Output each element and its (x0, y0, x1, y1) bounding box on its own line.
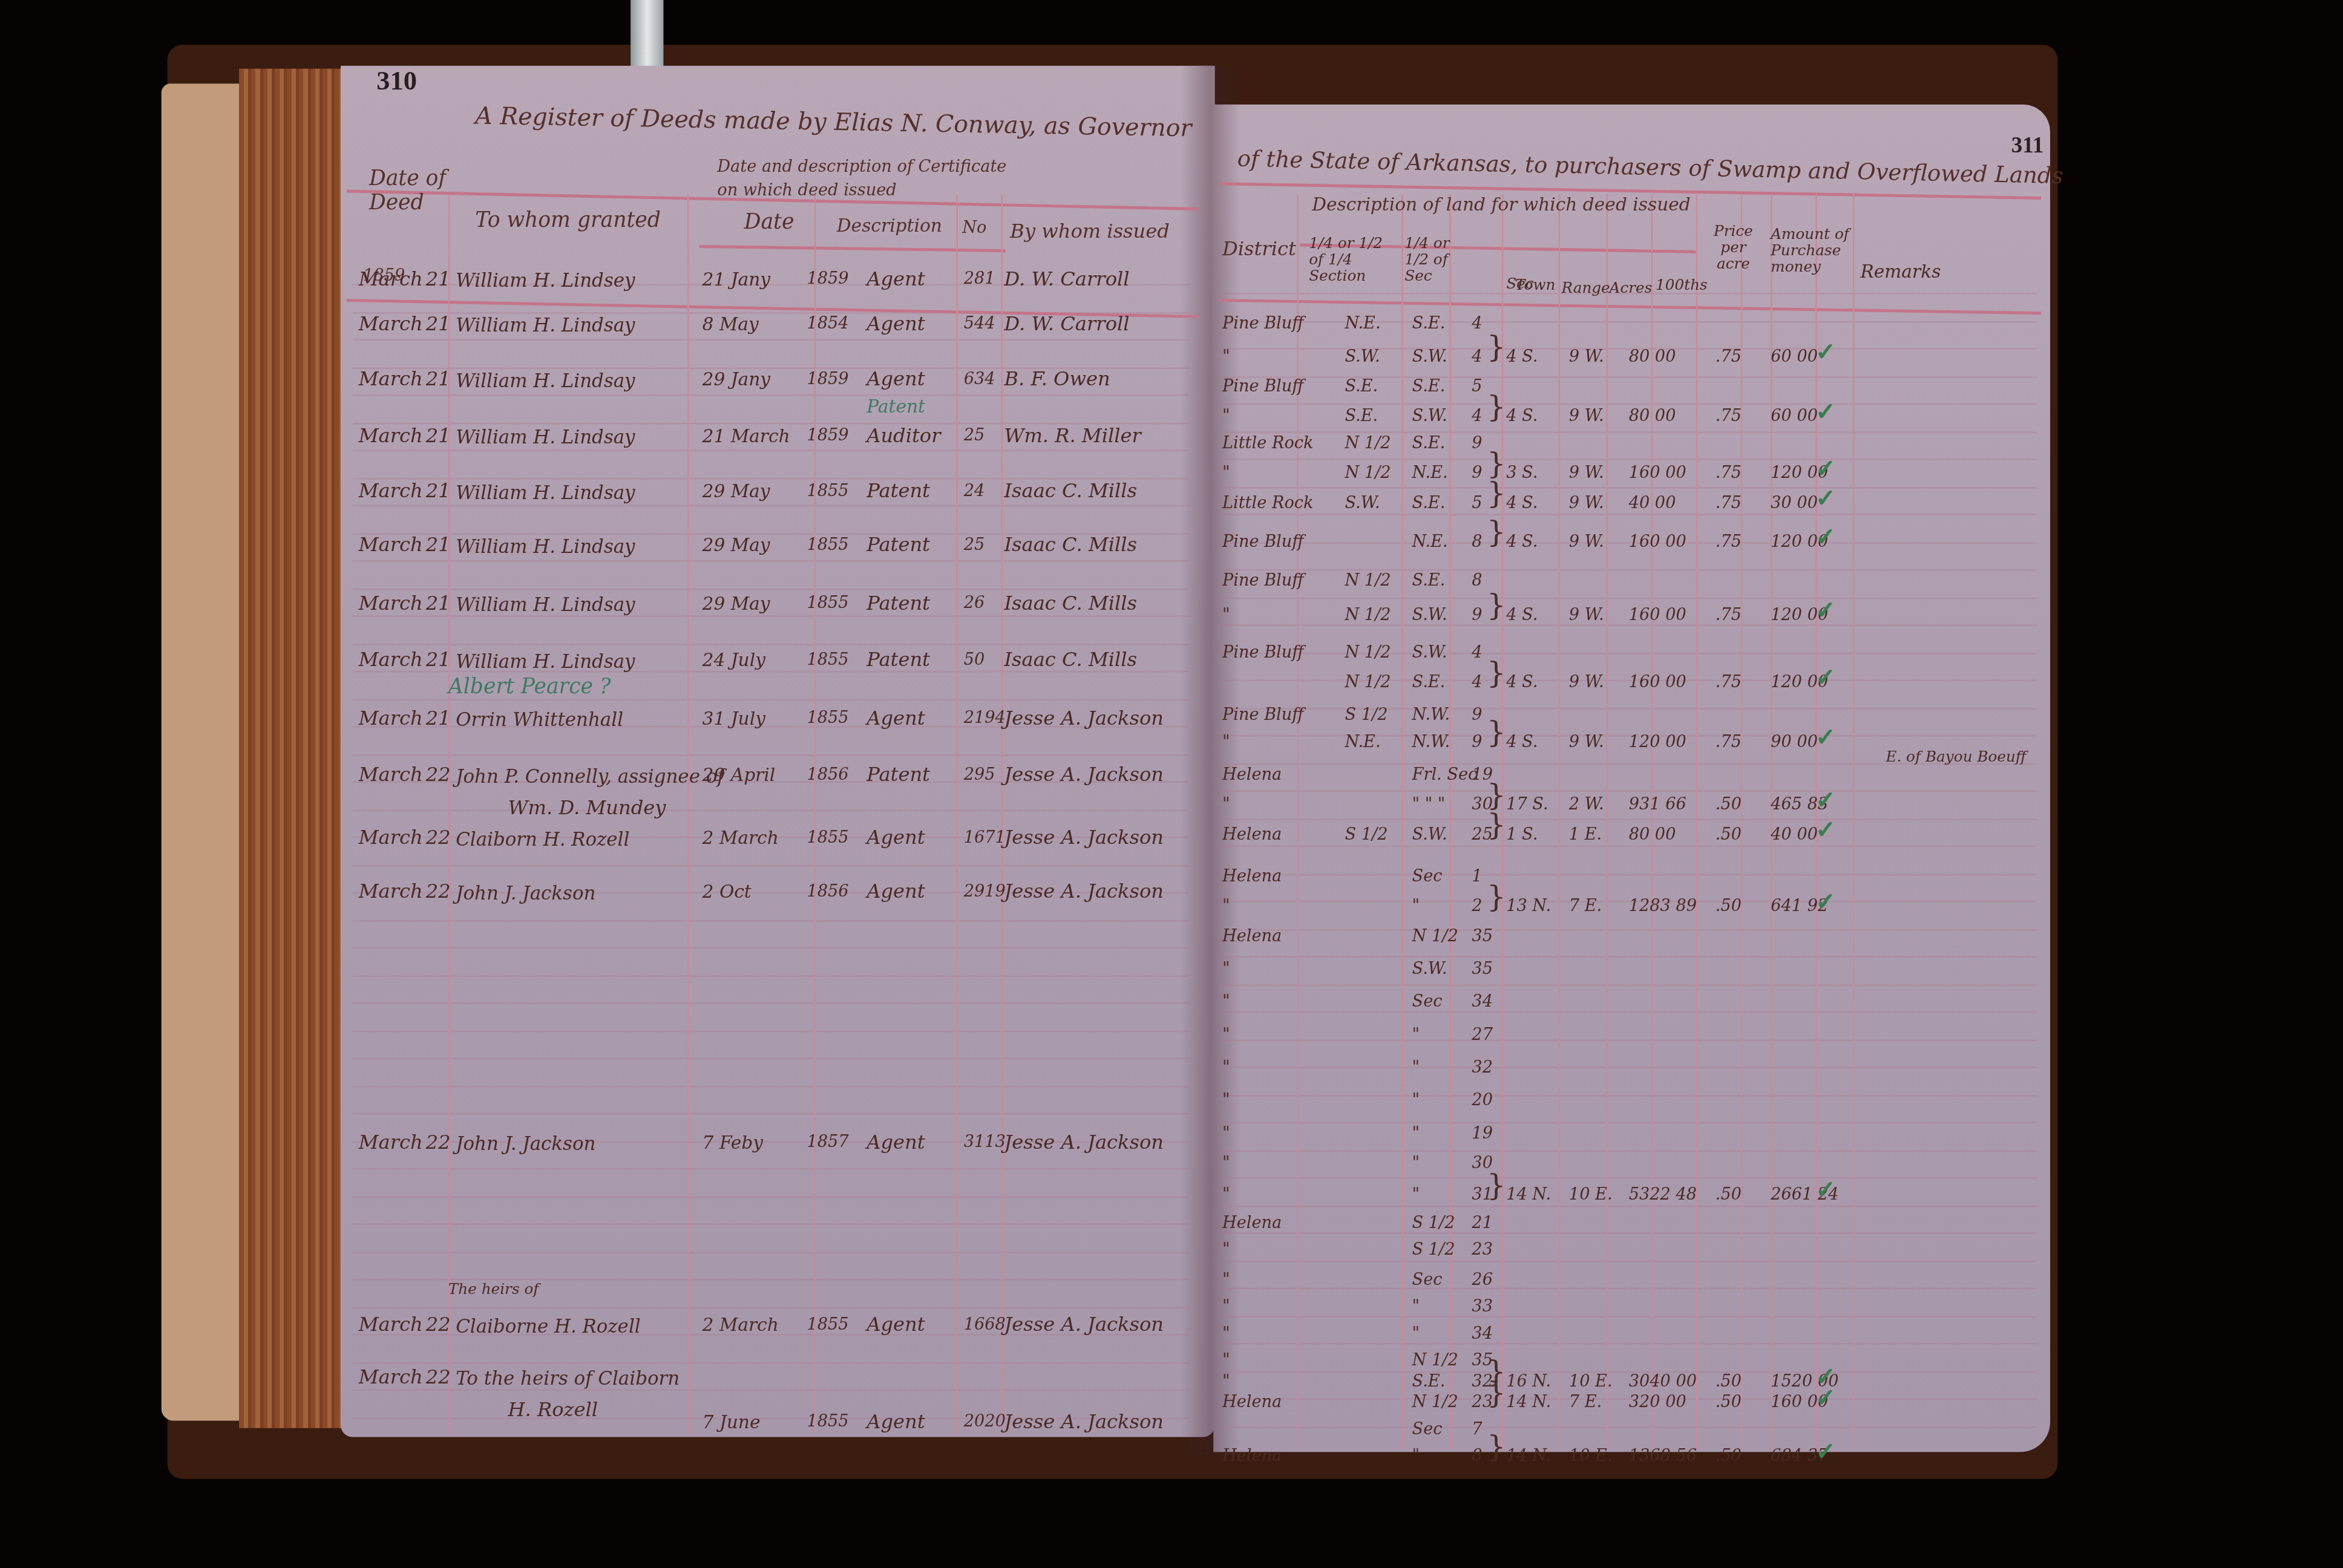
entry-day: 22 (426, 1315, 451, 1337)
entry-month: March (359, 708, 423, 730)
header-quarter-section: 1/4 or 1/2 of 1/4 Section (1309, 236, 1398, 285)
entry-quarter-sec: S.E. (1412, 570, 1446, 590)
entry-day: 21 (426, 269, 451, 291)
entry-town: 4 S. (1506, 493, 1538, 512)
entry-district: " (1222, 1324, 1230, 1343)
checkmark-icon: ✓ (1815, 454, 1835, 483)
entry-price: .50 (1715, 825, 1742, 844)
entry-day: 21 (426, 426, 451, 448)
entry-sec: 27 (1472, 1025, 1493, 1044)
row-rule (353, 920, 1190, 921)
entry-day: 21 (426, 369, 451, 391)
row-rule (1222, 486, 2037, 488)
row-rule (353, 560, 1190, 561)
entry-description: Agent (867, 314, 925, 336)
row-rule (353, 864, 1190, 866)
entry-month: March (359, 535, 423, 557)
row-rule (1222, 1288, 2037, 1289)
entry-sec: 8 (1472, 570, 1482, 590)
entry-day: 21 (426, 650, 451, 672)
checkmark-icon: ✓ (1815, 723, 1835, 751)
row-rule (1222, 1149, 2037, 1151)
entry-description: Agent (867, 828, 925, 850)
entry-day: 22 (426, 1132, 451, 1155)
entry-sec: 7 (1472, 1419, 1482, 1439)
row-rule (353, 505, 1190, 506)
entry-district: " (1222, 897, 1230, 916)
entry-month: March (359, 426, 423, 448)
row-rule (1222, 818, 2037, 819)
entry-acres: 80 00 (1629, 407, 1676, 426)
entry-quarter: S 1/2 (1345, 825, 1388, 844)
entry-town: 14 N. (1506, 1392, 1551, 1411)
entry-amount: 60 00 (1771, 407, 1818, 426)
entry-description: Patent (867, 765, 930, 787)
entry-town: 16 N. (1506, 1371, 1551, 1391)
endpaper (162, 83, 239, 1420)
row-rule (353, 809, 1190, 810)
entry-district: " (1222, 1350, 1230, 1370)
entry-cert-year: 1859 (807, 369, 848, 388)
entry-cert-no: 634 (964, 369, 995, 388)
entry-day: 22 (426, 1367, 451, 1390)
entry-quarter-sec: S.W. (1412, 642, 1447, 662)
entry-description: Auditor (867, 426, 940, 448)
entry-description: Agent (867, 1412, 925, 1434)
entry-grantee: Claiborn H. Rozell (456, 828, 629, 850)
entry-issued-by: D. W. Carroll (1004, 314, 1129, 336)
entry-range: 9 W. (1569, 532, 1604, 551)
entry-quarter-sec: " (1412, 1123, 1420, 1143)
entry-town: 4 S. (1506, 347, 1538, 366)
entry-district: " (1222, 992, 1230, 1011)
entry-description: Patent (867, 593, 930, 615)
entry-cert-year: 1855 (807, 1412, 848, 1431)
entry-grantee-cont: H. Rozell (508, 1400, 598, 1422)
entry-remarks: E. of Bayou Boeuff (1886, 750, 2026, 766)
entry-issued-by: Jesse A. Jackson (1004, 765, 1164, 787)
entry-cert-date: 24 July (703, 650, 765, 671)
entry-district: Helena (1222, 926, 1282, 946)
entry-description: Agent (867, 369, 925, 391)
entry-range: 9 W. (1569, 347, 1604, 366)
entry-acres: 160 00 (1629, 463, 1686, 483)
entry-day: 21 (426, 535, 451, 557)
row-rule (353, 1362, 1190, 1363)
entry-cert-date: 21 March (703, 426, 790, 447)
entry-quarter-sec: " (1412, 897, 1420, 916)
entry-grantee: William H. Lindsay (456, 593, 635, 615)
entry-quarter-sec: N.E. (1412, 463, 1448, 483)
entry-quarter-sec: " (1412, 1091, 1420, 1110)
grouping-brace-icon: } (1487, 475, 1506, 511)
entry-quarter: N 1/2 (1345, 605, 1391, 624)
entry-price: .50 (1715, 1446, 1742, 1465)
entry-cert-year: 1855 (807, 828, 848, 847)
entry-sec: 34 (1472, 1324, 1493, 1343)
column-rule (1651, 194, 1653, 1449)
entry-price: .75 (1715, 493, 1742, 512)
entry-sec: 4 (1472, 347, 1482, 366)
row-rule (353, 477, 1190, 479)
entry-grantee: To the heirs of Claiborn (456, 1367, 680, 1390)
entry-price: .75 (1715, 532, 1742, 551)
column-rule (1401, 194, 1403, 1449)
entry-month: March (359, 314, 423, 336)
entry-grantee: William H. Lindsay (456, 650, 635, 672)
row-rule (1222, 929, 2037, 930)
entry-price: .50 (1715, 1371, 1742, 1391)
row-rule (1222, 956, 2037, 957)
entry-cert-year: 1855 (807, 481, 848, 500)
entry-district: " (1222, 1091, 1230, 1110)
header-to-whom-granted: To whom granted (475, 209, 661, 234)
entry-district: " (1222, 605, 1230, 624)
entry-quarter-sec: " (1412, 1025, 1420, 1044)
entry-quarter-sec: Sec (1412, 992, 1443, 1011)
entry-cert-date: 8 May (703, 314, 759, 335)
row-rule (353, 1223, 1190, 1224)
entry-quarter-sec: S.E. (1412, 314, 1446, 333)
column-rule (956, 194, 957, 1434)
entry-acres: 1283 89 (1629, 897, 1697, 916)
grouping-brace-icon: } (1487, 514, 1506, 549)
row-rule (1222, 1177, 2037, 1178)
column-rule (1741, 194, 1742, 1449)
row-rule (353, 754, 1190, 755)
entry-cert-date: 7 June (703, 1412, 761, 1433)
row-rule (1222, 1426, 2037, 1427)
entry-quarter-sec: Sec (1412, 1270, 1443, 1289)
entry-grantee: John J. Jackson (456, 881, 595, 904)
entry-range: 1 E. (1569, 825, 1602, 844)
entry-day: 22 (426, 828, 451, 850)
entry-day: 21 (426, 593, 451, 615)
entry-quarter-sec: " (1412, 1324, 1420, 1343)
entry-district: Little Rock (1222, 493, 1313, 512)
row-rule (1222, 984, 2037, 985)
entry-sec: 5 (1472, 493, 1482, 512)
entry-month: March (359, 881, 423, 904)
entry-acres: 5322 48 (1629, 1184, 1697, 1204)
entry-district: " (1222, 1371, 1230, 1391)
entry-quarter-sec: " (1412, 1296, 1420, 1316)
entry-district: " (1222, 1296, 1230, 1316)
entry-amount: 60 00 (1771, 347, 1818, 366)
entry-month: March (359, 593, 423, 615)
column-rule (1853, 194, 1854, 1449)
entry-cert-no: 2919 (964, 881, 1006, 901)
entry-quarter-sec: " (1412, 1057, 1420, 1077)
row-rule (353, 339, 1190, 341)
entry-price: .75 (1715, 463, 1742, 483)
entry-district: " (1222, 463, 1230, 483)
row-rule (1222, 624, 2037, 626)
row-rule (1222, 1205, 2037, 1206)
entry-cert-no: 1671 (964, 828, 1006, 847)
grouping-brace-icon: } (1487, 655, 1506, 690)
entry-district: " (1222, 1240, 1230, 1259)
entry-district: Pine Bluff (1222, 532, 1304, 551)
entry-issued-by: Isaac C. Mills (1004, 650, 1137, 672)
entry-range: 9 W. (1569, 463, 1604, 483)
entry-district: Pine Bluff (1222, 376, 1304, 396)
entry-cert-date: 2 March (703, 1315, 779, 1336)
entry-month: March (359, 1132, 423, 1155)
row-rule (353, 1251, 1190, 1252)
entry-cert-year: 1855 (807, 1315, 848, 1334)
entry-quarter-sec: N.E. (1412, 532, 1448, 551)
entry-cert-no: 3113 (964, 1132, 1006, 1152)
row-rule (353, 1390, 1190, 1391)
checkmark-icon: ✓ (1815, 663, 1835, 691)
row-rule (353, 394, 1190, 396)
entry-quarter-sec: " (1412, 1446, 1420, 1465)
grouping-brace-icon: } (1487, 1428, 1506, 1464)
entry-quarter-sec: S.E. (1412, 433, 1446, 452)
header-quarter-of-sec: 1/4 or 1/2 of Sec (1404, 236, 1452, 285)
entry-quarter-sec: N.W. (1412, 732, 1450, 751)
entry-day: 22 (426, 881, 451, 904)
entry-cert-date: 29 May (703, 535, 770, 556)
row-rule (1222, 1122, 2037, 1123)
entry-range: 9 W. (1569, 407, 1604, 426)
page-number-right: 311 (2011, 134, 2044, 160)
entry-issued-by: Jesse A. Jackson (1004, 1315, 1164, 1337)
entry-grantee-prefix: The heirs of (448, 1282, 539, 1298)
entry-cert-year: 1856 (807, 765, 848, 784)
checkmark-icon: ✓ (1815, 815, 1835, 844)
entry-quarter: N 1/2 (1345, 570, 1391, 590)
entry-sec: 21 (1472, 1213, 1493, 1232)
header-description: Description (837, 215, 942, 237)
entry-district: Helena (1222, 866, 1282, 886)
entry-quarter: S.E. (1345, 407, 1378, 426)
row-rule (1222, 790, 2037, 791)
entry-district: Pine Bluff (1222, 642, 1304, 662)
entry-price: .50 (1715, 1392, 1742, 1411)
checkmark-icon: ✓ (1815, 887, 1835, 916)
entry-description: Patent (867, 535, 930, 557)
row-rule (353, 588, 1190, 589)
row-rule (353, 422, 1190, 423)
entry-quarter: S 1/2 (1345, 705, 1388, 725)
entry-issued-by: Isaac C. Mills (1004, 481, 1137, 503)
entry-district: Helena (1222, 1213, 1282, 1232)
header-price: Price per acre (1703, 224, 1763, 273)
entry-issued-by: D. W. Carroll (1004, 269, 1129, 291)
entry-sec: 1 (1472, 866, 1482, 886)
entry-quarter-sec: " (1412, 1153, 1420, 1172)
entry-price: .50 (1715, 1184, 1742, 1204)
row-rule (1222, 431, 2037, 432)
row-rule (1222, 1067, 2037, 1068)
header-range: Range (1562, 281, 1610, 297)
entry-district: " (1222, 1184, 1230, 1204)
entry-sec: 4 (1472, 672, 1482, 691)
entry-district: Helena (1222, 1446, 1282, 1465)
entry-grantee: Claiborne H. Rozell (456, 1315, 640, 1337)
entry-cert-date: 29 Jany (703, 369, 771, 390)
entry-district: Pine Bluff (1222, 314, 1304, 333)
column-rule (1771, 194, 1772, 1449)
entry-cert-year: 1855 (807, 708, 848, 727)
entry-sec: 9 (1472, 605, 1482, 624)
header-date: Date (744, 211, 795, 235)
entry-sec: 4 (1472, 407, 1482, 426)
entry-cert-no: 25 (964, 426, 985, 445)
entry-day: 22 (426, 765, 451, 787)
grouping-brace-icon: } (1487, 587, 1506, 622)
entry-district: Helena (1222, 1392, 1282, 1411)
entry-day: 21 (426, 481, 451, 503)
entry-description: Patent (867, 650, 930, 672)
entry-cert-no: 50 (964, 650, 985, 669)
entry-cert-year: 1856 (807, 881, 848, 901)
entry-sec: 8 (1472, 1446, 1482, 1465)
entry-cert-no: 544 (964, 314, 995, 333)
entry-sec: 9 (1472, 732, 1482, 751)
entry-acres: 160 00 (1629, 532, 1686, 551)
entry-issued-by: B. F. Owen (1004, 369, 1110, 391)
column-rule (1559, 194, 1560, 1449)
header-certificate: Date and description of Certificate on w… (717, 155, 1016, 203)
entry-sec: 33 (1472, 1296, 1493, 1316)
entry-sec: 4 (1472, 642, 1482, 662)
entry-range: 10 E. (1569, 1446, 1613, 1465)
entry-grantee: William H. Lindsey (456, 269, 635, 291)
entry-range: 10 E. (1569, 1371, 1613, 1391)
entry-quarter-sec: S 1/2 (1412, 1213, 1455, 1232)
entry-district: " (1222, 1270, 1230, 1289)
entry-amount: 90 00 (1771, 732, 1818, 751)
entry-range: 10 E. (1569, 1184, 1613, 1204)
row-rule (353, 1085, 1190, 1086)
column-rule (1449, 194, 1450, 1449)
row-rule (353, 1168, 1190, 1169)
entry-month: March (359, 1367, 423, 1390)
entry-issued-by: Jesse A. Jackson (1004, 708, 1164, 730)
checkmark-icon: ✓ (1815, 484, 1835, 512)
entry-district: " (1222, 732, 1230, 751)
header-district: District (1222, 239, 1296, 261)
entry-cert-no: 281 (964, 269, 995, 288)
entry-range: 7 E. (1569, 897, 1602, 916)
entry-description: Agent (867, 881, 925, 904)
entry-town: 1 S. (1506, 825, 1538, 844)
grouping-brace-icon: } (1487, 878, 1506, 914)
entry-district: Helena (1222, 765, 1282, 784)
entry-district: Pine Bluff (1222, 570, 1304, 590)
entry-district: " (1222, 1057, 1230, 1077)
entry-grantee: William H. Lindsay (456, 369, 635, 391)
row-rule (353, 1030, 1190, 1031)
row-rule (353, 1113, 1190, 1114)
entry-issued-by: Jesse A. Jackson (1004, 1412, 1164, 1434)
entry-price: .75 (1715, 672, 1742, 691)
entry-grantee-cont: Wm. D. Mundey (508, 798, 666, 820)
entry-quarter-sec: N 1/2 (1412, 926, 1458, 946)
entry-description: Agent (867, 1315, 925, 1337)
entry-cert-no: 1668 (964, 1315, 1006, 1334)
entry-day: 21 (426, 314, 451, 336)
entry-sec: 19 (1472, 1123, 1493, 1143)
entry-acres: 931 66 (1629, 795, 1686, 814)
entry-cert-no: 26 (964, 593, 985, 612)
entry-quarter: S.W. (1345, 347, 1380, 366)
entry-sec: 8 (1472, 532, 1482, 551)
entry-range: 9 W. (1569, 605, 1604, 624)
entry-month: March (359, 650, 423, 672)
entry-quarter-sec: S.W. (1412, 407, 1447, 426)
entry-district: " (1222, 347, 1230, 366)
entry-quarter: S.W. (1345, 493, 1380, 512)
row-rule (353, 1306, 1190, 1307)
entry-acres: 80 00 (1629, 347, 1676, 366)
entry-sec: 9 (1472, 705, 1482, 725)
entry-cert-no: 2020 (964, 1412, 1006, 1431)
entry-cert-no: 25 (964, 535, 985, 554)
column-rule (1001, 194, 1002, 1434)
checkmark-icon: ✓ (1815, 1383, 1835, 1412)
entry-district: Pine Bluff (1222, 705, 1304, 725)
row-rule (1222, 1315, 2037, 1316)
entry-month: March (359, 369, 423, 391)
row-rule (353, 975, 1190, 976)
entry-quarter-sec: S.W. (1412, 347, 1447, 366)
entry-quarter-sec: N.W. (1412, 705, 1450, 725)
entry-issued-by: Jesse A. Jackson (1004, 828, 1164, 850)
entry-issued-by: Jesse A. Jackson (1004, 881, 1164, 904)
column-rule (687, 194, 689, 1434)
entry-cert-date: 31 July (703, 708, 765, 729)
entry-month: March (359, 269, 423, 291)
entry-district: " (1222, 407, 1230, 426)
entry-sec: 4 (1472, 314, 1482, 333)
entry-grantee: William H. Lindsay (456, 481, 635, 503)
header-by-whom-issued: By whom issued (1010, 221, 1170, 243)
row-rule (1222, 1232, 2037, 1233)
entry-cert-no: 24 (964, 481, 985, 500)
entry-grantee: John P. Connelly, assignee of (456, 765, 724, 787)
entry-grantee: William H. Lindsay (456, 314, 635, 336)
entry-issued-by: Isaac C. Mills (1004, 593, 1137, 615)
entry-sec: 20 (1472, 1091, 1493, 1110)
entry-cert-date: 7 Feby (703, 1132, 763, 1154)
checkmark-icon: ✓ (1815, 1175, 1835, 1204)
entry-grantee: John J. Jackson (456, 1132, 595, 1155)
row-rule (353, 1279, 1190, 1280)
entry-cert-date: 29 May (703, 481, 770, 502)
entry-quarter-sec: Frl. Sec (1412, 765, 1478, 784)
entry-quarter-sec: S.E. (1412, 376, 1446, 396)
row-rule (353, 1002, 1190, 1004)
header-no: No (962, 218, 986, 238)
entry-grantee: Orrin Whittenhall (456, 708, 623, 730)
entry-quarter-sec: Sec (1412, 1419, 1443, 1439)
row-rule (1222, 873, 2037, 874)
entry-district: " (1222, 1123, 1230, 1143)
entry-issued-by: Isaac C. Mills (1004, 535, 1137, 557)
row-rule (353, 367, 1190, 368)
entry-month: March (359, 481, 423, 503)
entry-quarter-sec: " " " (1412, 795, 1446, 814)
grouping-brace-icon: } (1487, 1374, 1506, 1410)
row-rule (353, 947, 1190, 949)
row-rule (1222, 1260, 2037, 1261)
entry-sec: 5 (1472, 376, 1482, 396)
entry-district: Little Rock (1222, 433, 1313, 452)
